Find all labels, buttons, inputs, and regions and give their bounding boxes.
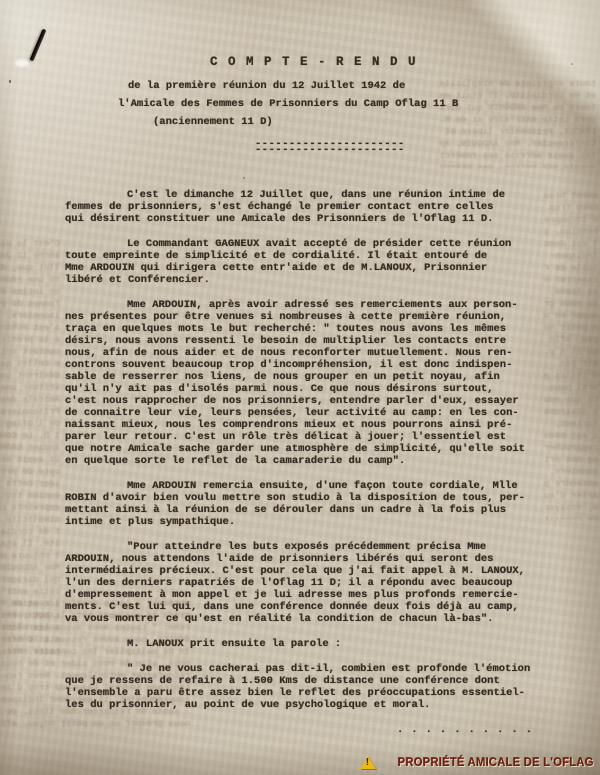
separator-row: ----------------------	[255, 147, 582, 153]
paragraph-7: " Je ne vous cacherai pas dit-il, combie…	[65, 663, 582, 711]
paragraph-4: Mme ARDOUIN remercia ensuite, d'une faço…	[65, 480, 582, 528]
dashed-separator: ---------------------- -----------------…	[255, 141, 582, 153]
paragraph-3: Mme ARDOUIN, après avoir adressé ses rem…	[65, 299, 582, 467]
paragraph-1: C'est le dimanche 12 Juillet que, dans u…	[65, 189, 582, 225]
subtitle-line-1: de la première réunion du 12 Juillet 194…	[128, 77, 582, 95]
ellipsis-dots: ..........	[65, 724, 582, 736]
ownership-watermark: PROPRIÉTÉ AMICALE DE L'OFLAG	[360, 755, 594, 769]
scanned-document-page: C'est le dimanche 12 Juillet que, dans u…	[0, 0, 600, 775]
paragraph-2: Le Commandant GAGNEUX avait accepté de p…	[65, 238, 582, 286]
page-title: C O M P T E - R E N D U	[210, 56, 582, 68]
paragraph-5: "Pour atteindre les buts exposés précéde…	[65, 541, 582, 625]
watermark-text: PROPRIÉTÉ AMICALE DE L'OFLAG	[398, 755, 594, 769]
warning-triangle-icon	[360, 756, 376, 769]
typed-content: C O M P T E - R E N D U de la première r…	[0, 0, 600, 736]
subtitle-line-2: l'Amicale des Femmes de Prisonniers du C…	[118, 95, 582, 113]
subtitle-line-3: (anciennement 11 D)	[153, 113, 582, 131]
paragraph-6: M. LANOUX prit ensuite la parole :	[65, 638, 582, 650]
document-body: C'est le dimanche 12 Juillet que, dans u…	[65, 189, 582, 736]
